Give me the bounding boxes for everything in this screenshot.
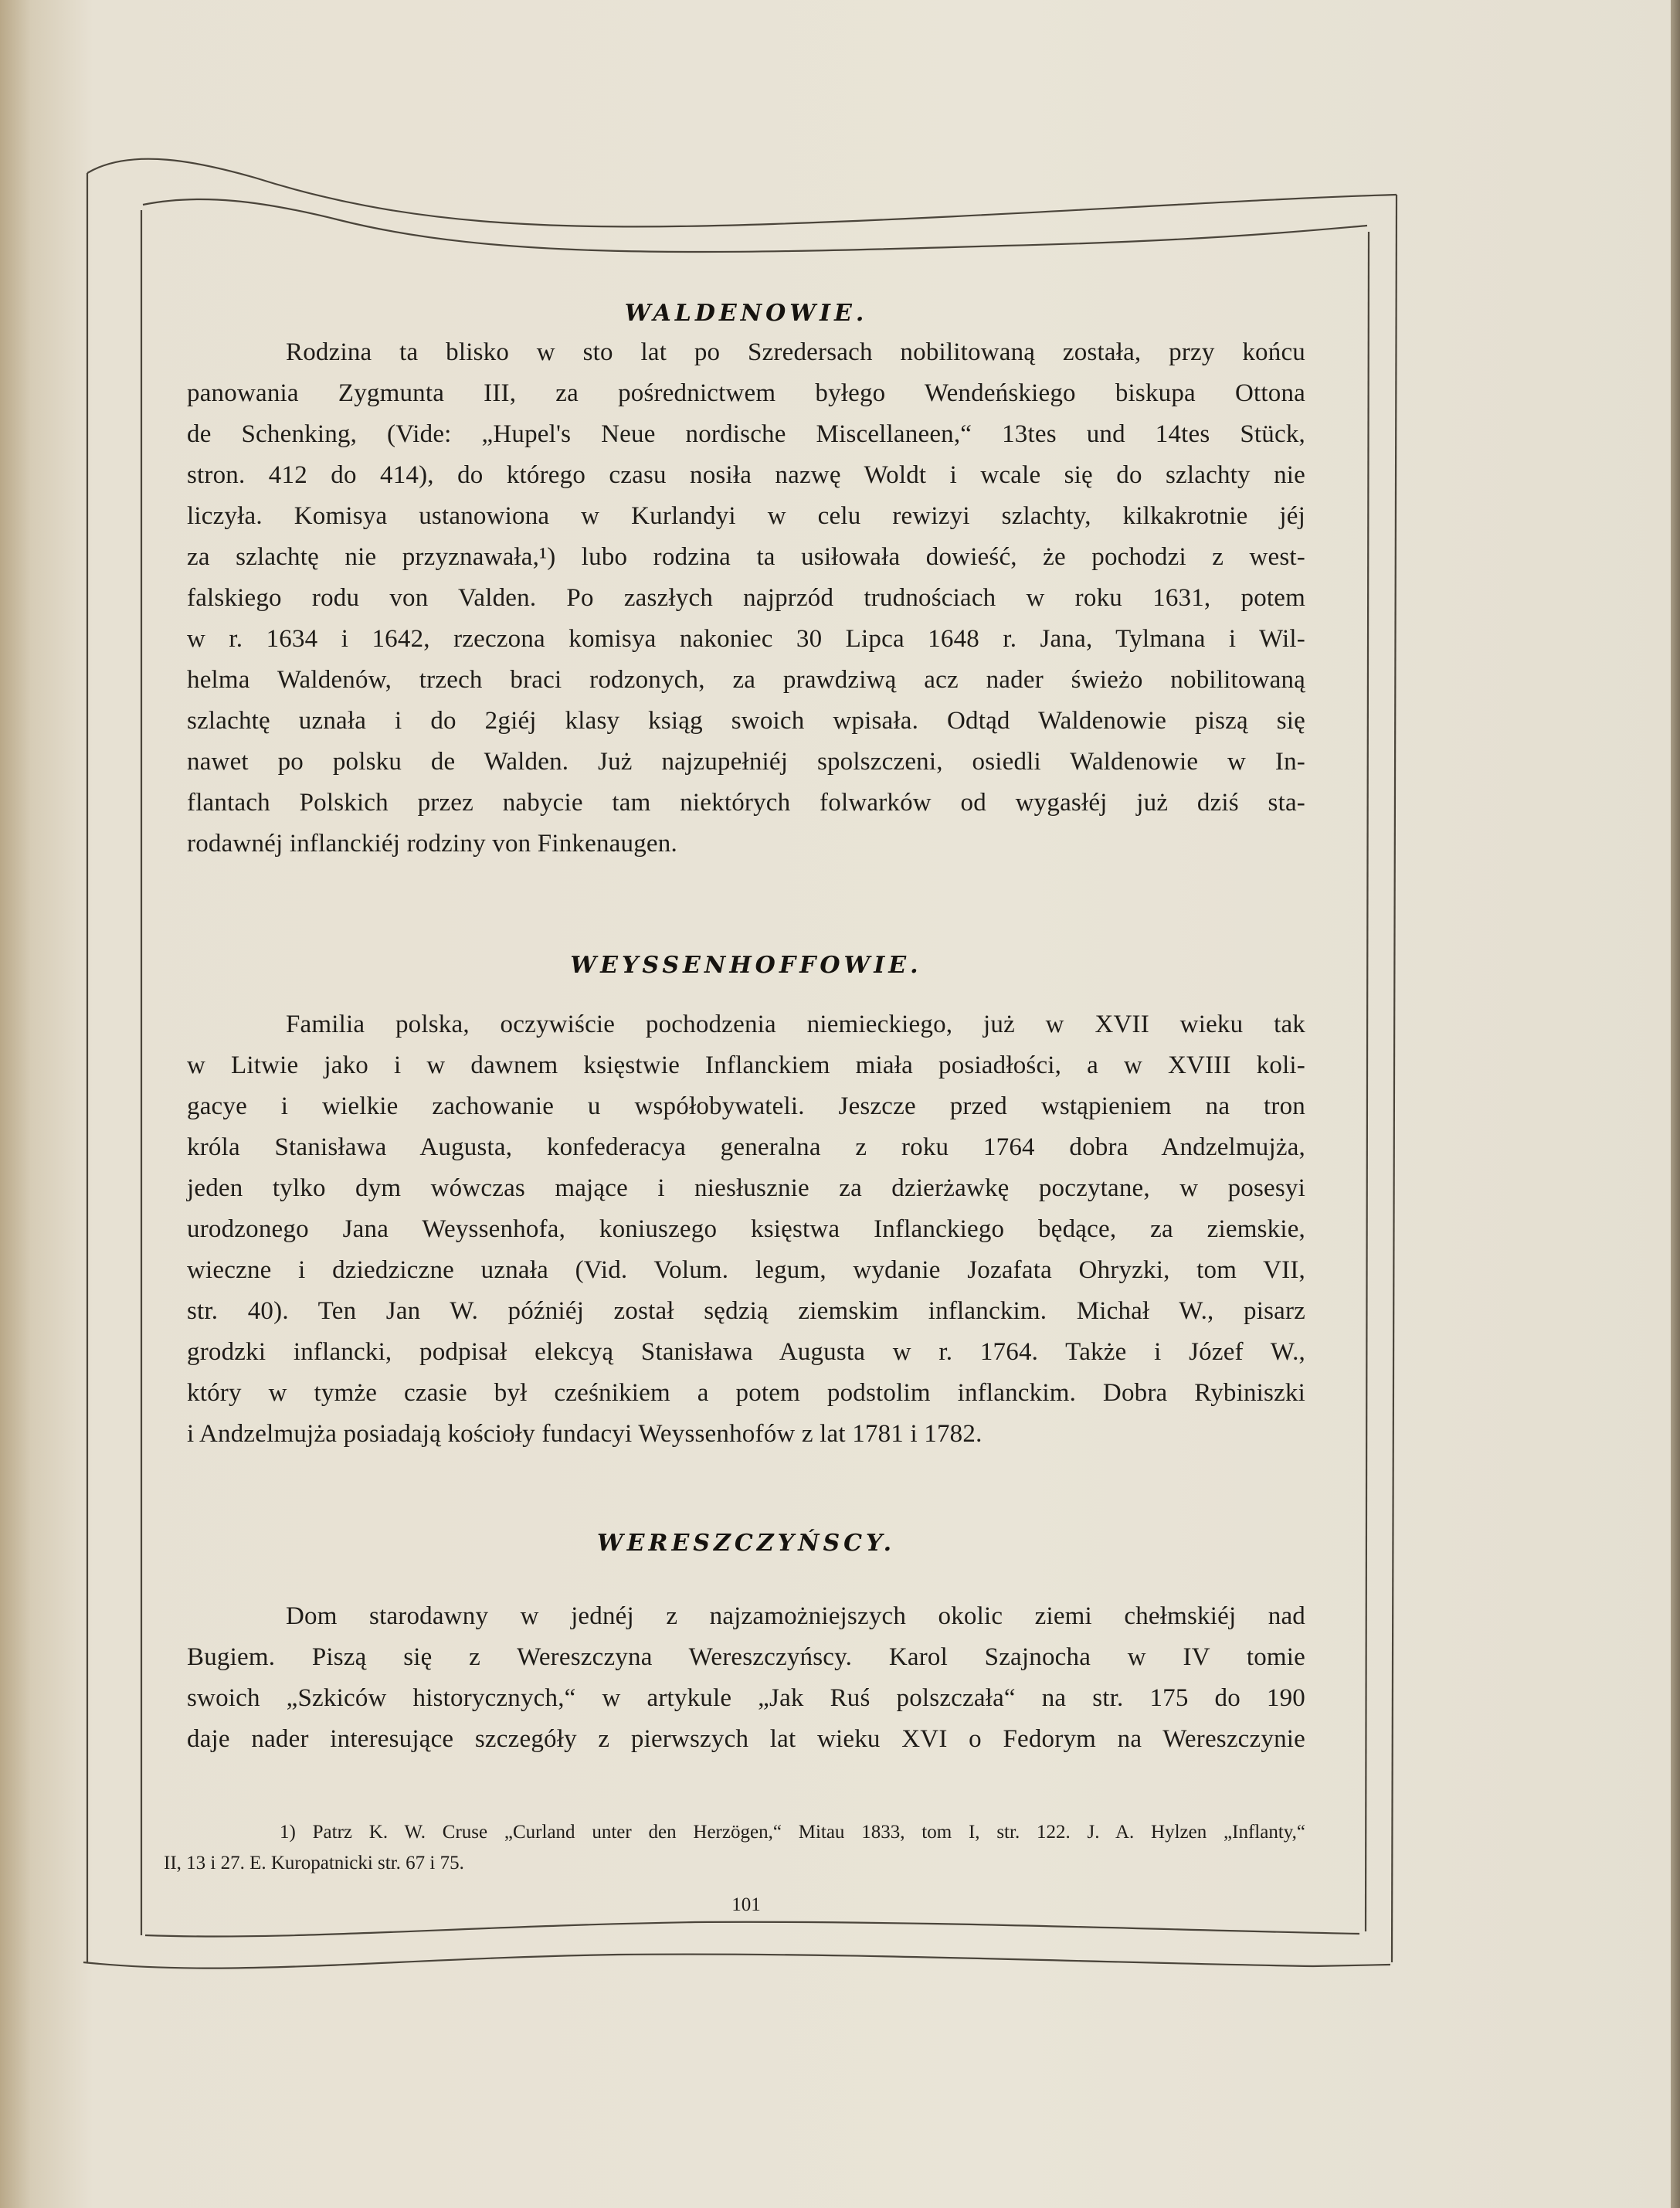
text-line: jeden tylko dym wówczas mające i niesłus… xyxy=(187,1168,1305,1209)
footnote-text: II, 13 i 27. E. Kuropatnicki str. 67 i 7… xyxy=(164,1848,1305,1879)
section-heading-waldenowie: WALDENOWIE. xyxy=(187,300,1305,327)
text-line: nawet po polsku de Walden. Już najzupełn… xyxy=(187,742,1305,783)
footnote-text: Patrz K. W. Cruse „Curland unter den Her… xyxy=(313,1822,1305,1843)
text-line: i Andzelmujża posiadają kościoły fundacy… xyxy=(187,1414,1305,1455)
footnote-marker: 1) xyxy=(280,1822,296,1843)
text-line: flantach Polskich przez nabycie tam niek… xyxy=(187,783,1305,824)
section-body-waldenowie: Rodzina ta blisko w sto lat po Szredersa… xyxy=(187,332,1305,865)
text-line: falskiego rodu von Valden. Po zaszłych n… xyxy=(187,578,1305,619)
text-line: wieczne i dziedziczne uznała (Vid. Volum… xyxy=(187,1250,1305,1291)
section-heading-weyssenhoffowie: WEYSSENHOFFOWIE. xyxy=(187,952,1305,979)
text-line: który w tymże czasie był cześnikiem a po… xyxy=(187,1373,1305,1414)
text-line: w r. 1634 i 1642, rzeczona komisya nakon… xyxy=(187,619,1305,660)
text-line: swoich „Szkiców historycznych,“ w artyku… xyxy=(187,1678,1305,1719)
text-line: helma Waldenów, trzech braci rodzonych, … xyxy=(187,660,1305,701)
text-line: gacye i wielkie zachowanie u współobywat… xyxy=(187,1086,1305,1127)
text-line: Bugiem. Piszą się z Wereszczyna Wereszcz… xyxy=(187,1637,1305,1678)
text-line: Dom starodawny w jednéj z najzamożniejsz… xyxy=(187,1596,1305,1637)
text-line: str. 40). Ten Jan W. późniéj został sędz… xyxy=(187,1291,1305,1332)
text-line: daje nader interesujące szczegóły z pier… xyxy=(187,1719,1305,1760)
footnote: 1) Patrz K. W. Cruse „Curland unter den … xyxy=(164,1817,1305,1879)
text-line: stron. 412 do 414), do którego czasu nos… xyxy=(187,455,1305,496)
text-line: panowania Zygmunta III, za pośrednictwem… xyxy=(187,373,1305,414)
text-line: Rodzina ta blisko w sto lat po Szredersa… xyxy=(187,332,1305,373)
text-line: rodawnéj inflanckiéj rodziny von Finkena… xyxy=(187,824,1305,865)
text-line: króla Stanisława Augusta, konfederacya g… xyxy=(187,1127,1305,1168)
text-line: urodzonego Jana Weyssenhofa, koniuszego … xyxy=(187,1209,1305,1250)
text-line: za szlachtę nie przyznawała,¹) lubo rodz… xyxy=(187,537,1305,578)
text-line: liczyła. Komisya ustanowiona w Kurlandyi… xyxy=(187,496,1305,537)
section-body-weyssenhoffowie: Familia polska, oczywiście pochodzenia n… xyxy=(187,1004,1305,1455)
text-line: Familia polska, oczywiście pochodzenia n… xyxy=(187,1004,1305,1045)
section-heading-wereszczynscy: WERESZCZYŃSCY. xyxy=(187,1530,1305,1557)
section-body-wereszczynscy: Dom starodawny w jednéj z najzamożniejsz… xyxy=(187,1596,1305,1760)
text-line: szlachtę uznała i do 2giéj klasy ksiąg s… xyxy=(187,701,1305,742)
footnote-line: 1) Patrz K. W. Cruse „Curland unter den … xyxy=(164,1817,1305,1848)
text-line: de Schenking, (Vide: „Hupel's Neue nordi… xyxy=(187,414,1305,455)
text-line: grodzki inflancki, podpisał elekcyą Stan… xyxy=(187,1332,1305,1373)
page-number: 101 xyxy=(0,1894,1492,1916)
text-line: w Litwie jako i w dawnem księstwie Infla… xyxy=(187,1045,1305,1086)
